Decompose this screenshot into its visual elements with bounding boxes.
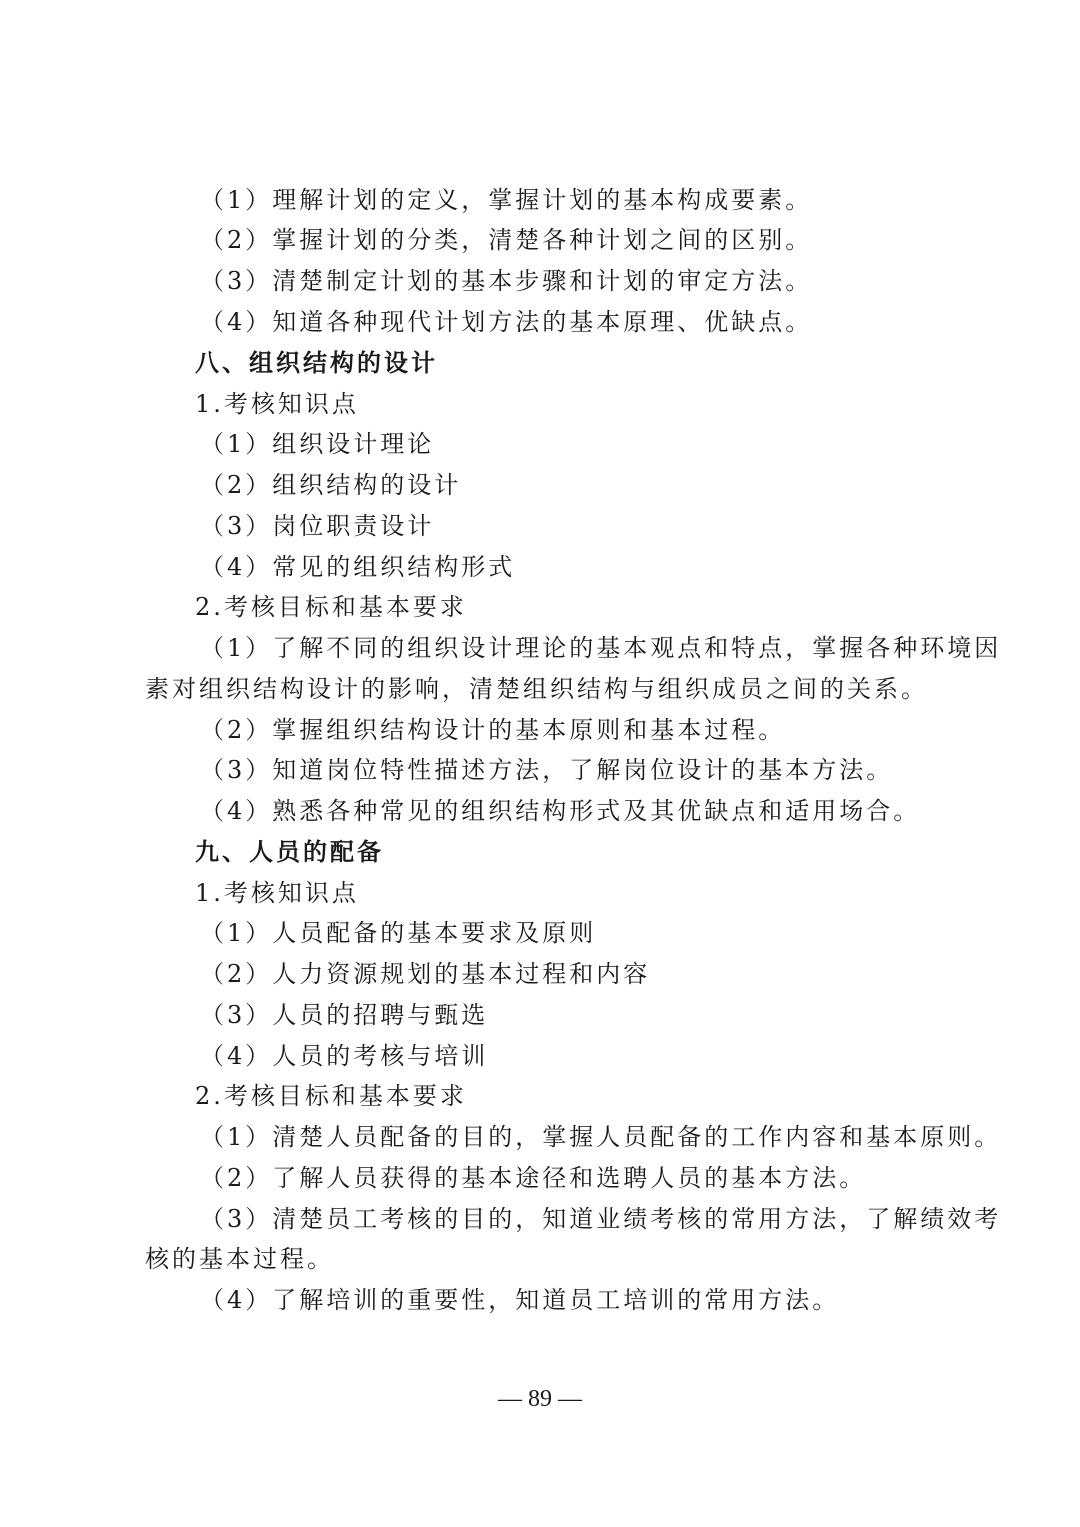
text-line: 2.考核目标和基本要求 [195,592,467,622]
text-line: （3）岗位职责设计 [200,511,434,541]
text-line: 素对组织结构设计的影响，清楚组织结构与组织成员之间的关系。 [145,674,928,704]
text-line: （3）人员的招聘与甄选 [200,1000,488,1030]
text-line: （2）人力资源规划的基本过程和内容 [200,959,650,989]
text-line: （4）熟悉各种常见的组织结构形式及其优缺点和适用场合。 [200,796,920,826]
text-line: （3）清楚制定计划的基本步骤和计划的审定方法。 [200,266,812,296]
text-line: 核的基本过程。 [145,1244,334,1274]
text-line: （1）理解计划的定义，掌握计划的基本构成要素。 [200,185,812,215]
document-page: （1）理解计划的定义，掌握计划的基本构成要素。（2）掌握计划的分类，清楚各种计划… [0,0,1080,1527]
text-line: （4）常见的组织结构形式 [200,552,515,582]
text-line: （4）人员的考核与培训 [200,1041,488,1071]
section-heading: 八、组织结构的设计 [195,348,438,378]
text-line: 2.考核目标和基本要求 [195,1081,467,1111]
section-heading: 九、人员的配备 [195,837,384,867]
text-line: （3）知道岗位特性描述方法，了解岗位设计的基本方法。 [200,755,893,785]
text-line: （1）清楚人员配备的目的，掌握人员配备的工作内容和基本原则。 [200,1122,1001,1152]
text-line: （2）组织结构的设计 [200,470,461,500]
text-line: （1）人员配备的基本要求及原则 [200,918,596,948]
page-number: — 89 — [0,1386,1080,1413]
text-line: （4）了解培训的重要性，知道员工培训的常用方法。 [200,1285,839,1315]
text-line: （3）清楚员工考核的目的，知道业绩考核的常用方法，了解绩效考 [200,1204,1001,1234]
text-line: （1）组织设计理论 [200,429,434,459]
text-line: （1）了解不同的组织设计理论的基本观点和特点，掌握各种环境因 [200,633,1001,663]
text-line: （2）掌握组织结构设计的基本原则和基本过程。 [200,715,785,745]
text-line: 1.考核知识点 [195,878,359,908]
text-line: 1.考核知识点 [195,389,359,419]
text-line: （2）掌握计划的分类，清楚各种计划之间的区别。 [200,225,812,255]
text-line: （4）知道各种现代计划方法的基本原理、优缺点。 [200,307,812,337]
text-line: （2）了解人员获得的基本途径和选聘人员的基本方法。 [200,1163,866,1193]
